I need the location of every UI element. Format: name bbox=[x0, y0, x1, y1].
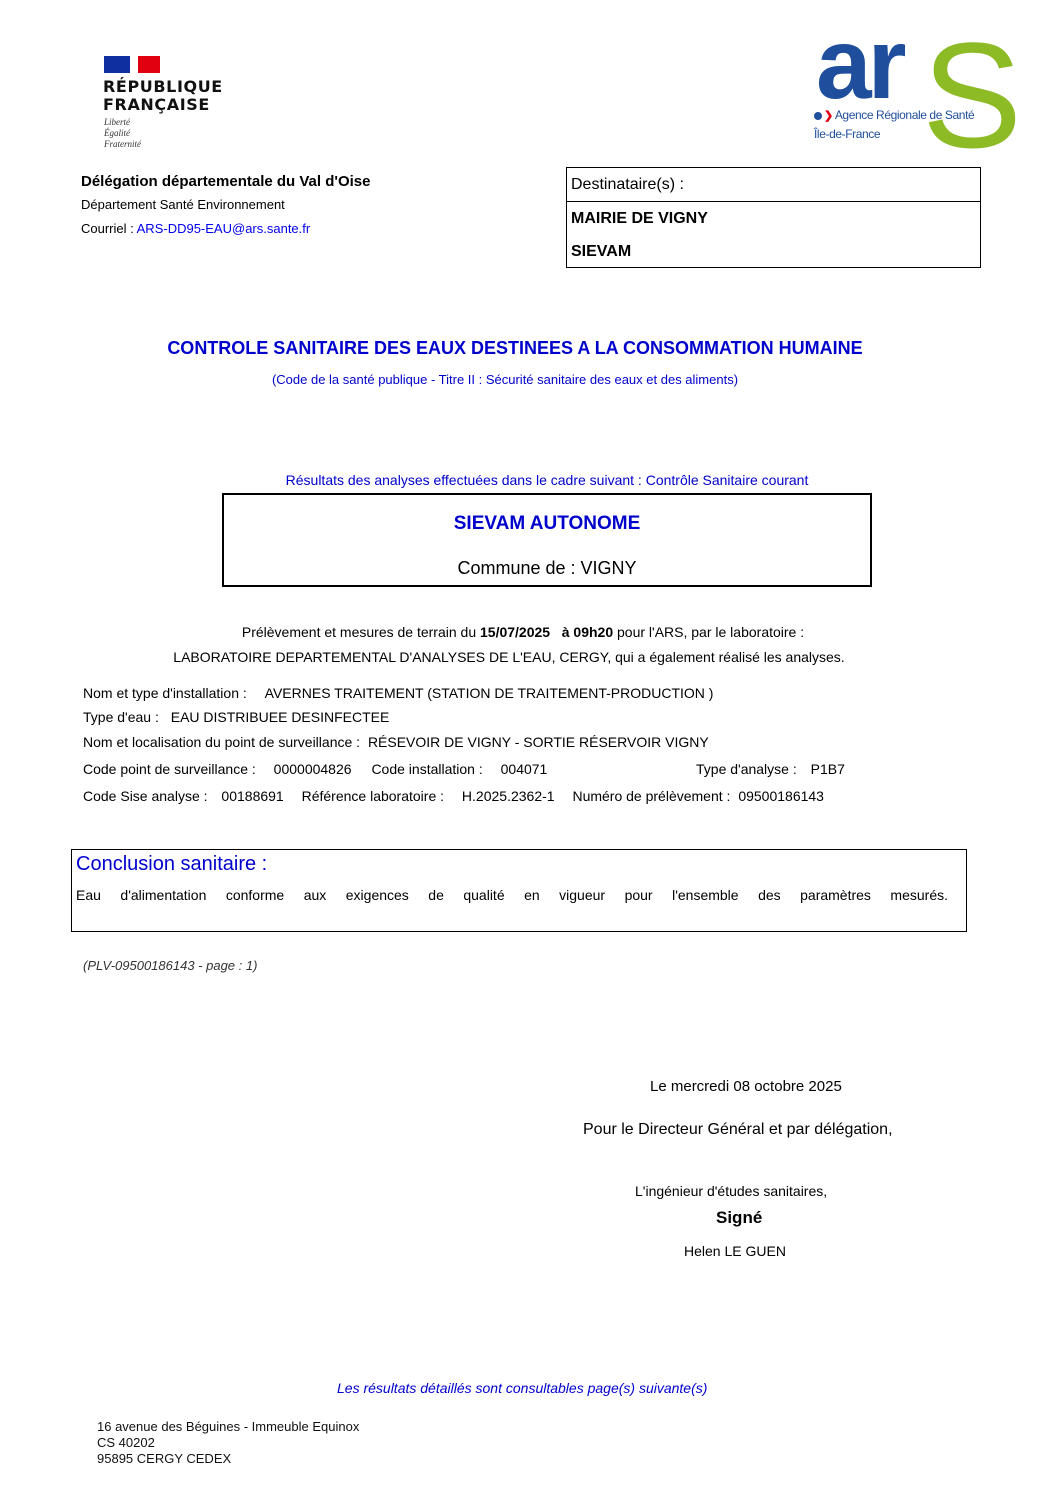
recipients-label: Destinataire(s) : bbox=[567, 168, 980, 202]
unit-box: SIEVAM AUTONOME Commune de : VIGNY bbox=[222, 493, 872, 587]
lab-reference-value: H.2025.2362-1 bbox=[462, 788, 555, 804]
document-subtitle: (Code de la santé publique - Titre II : … bbox=[0, 372, 1010, 387]
references-row: Code Sise analyse : 00188691 Référence l… bbox=[83, 788, 824, 804]
republique-francaise-logo: RÉPUBLIQUE FRANÇAISE bbox=[103, 78, 223, 114]
surveillance-point-row: Nom et localisation du point de surveill… bbox=[83, 734, 709, 750]
document-title: CONTROLE SANITAIRE DES EAUX DESTINEES A … bbox=[0, 338, 1030, 359]
sampling-time: à 09h20 bbox=[562, 624, 613, 640]
ars-logo: ar S ❯Agence Régionale de Santé Île-de-F… bbox=[812, 30, 997, 165]
blue-dot-icon bbox=[814, 112, 822, 120]
analysis-context: Résultats des analyses effectuées dans l… bbox=[0, 472, 1058, 488]
signed-mark: Signé bbox=[716, 1208, 762, 1228]
surveillance-point-value: RÉSEVOIR DE VIGNY - SORTIE RÉSERVOIR VIG… bbox=[368, 734, 709, 750]
detailed-results-note: Les résultats détaillés sont consultable… bbox=[337, 1380, 707, 1396]
laboratory-line: LABORATOIRE DEPARTEMENTAL D'ANALYSES DE … bbox=[0, 649, 1018, 665]
commune: Commune de : VIGNY bbox=[224, 558, 870, 579]
french-flag-icon bbox=[104, 56, 160, 73]
analysis-type-row: Type d'analyse : P1B7 bbox=[696, 761, 845, 777]
sampling-date: 15/07/2025 bbox=[480, 624, 550, 640]
republic-motto: Liberté Égalité Fraternité bbox=[104, 117, 141, 150]
analysis-type-value: P1B7 bbox=[811, 761, 845, 777]
code-installation-value: 004071 bbox=[501, 761, 548, 777]
signatory-role: L'ingénieur d'études sanitaires, bbox=[635, 1183, 827, 1199]
code-sise-value: 00188691 bbox=[221, 788, 283, 804]
conclusion-title: Conclusion sanitaire : bbox=[76, 853, 267, 876]
delegation-name: Délégation départementale du Val d'Oise bbox=[81, 173, 370, 190]
sample-number-value: 09500186143 bbox=[738, 788, 824, 804]
email-link[interactable]: ARS-DD95-EAU@ars.sante.fr bbox=[137, 221, 311, 236]
code-point-value: 0000004826 bbox=[274, 761, 352, 777]
red-chevron-icon: ❯ bbox=[824, 110, 833, 122]
courriel-line: Courriel : ARS-DD95-EAU@ars.sante.fr bbox=[81, 221, 310, 236]
page-reference: (PLV-09500186143 - page : 1) bbox=[83, 958, 257, 973]
installation-row: Nom et type d'installation : AVERNES TRA… bbox=[83, 685, 713, 701]
water-type-value: EAU DISTRIBUEE DESINFECTEE bbox=[171, 709, 390, 725]
signature-delegation: Pour le Directeur Général et par délégat… bbox=[583, 1121, 893, 1139]
signatory-name: Helen LE GUEN bbox=[684, 1243, 786, 1259]
recipient-item: SIEVAM bbox=[567, 235, 980, 268]
water-type-row: Type d'eau : EAU DISTRIBUEE DESINFECTEE bbox=[83, 709, 389, 725]
department-name: Département Santé Environnement bbox=[81, 197, 285, 212]
installation-value: AVERNES TRAITEMENT (STATION DE TRAITEMEN… bbox=[265, 685, 714, 701]
unit-name: SIEVAM AUTONOME bbox=[224, 513, 870, 535]
postal-address: 16 avenue des Béguines - Immeuble Equino… bbox=[97, 1419, 359, 1467]
sampling-line: Prélèvement et mesures de terrain du 15/… bbox=[0, 624, 1046, 640]
recipients-box: Destinataire(s) : MAIRIE DE VIGNY SIEVAM bbox=[566, 167, 981, 268]
conclusion-text: Eau d'alimentation conforme aux exigence… bbox=[76, 887, 948, 903]
recipient-item: MAIRIE DE VIGNY bbox=[567, 202, 980, 235]
signature-date: Le mercredi 08 octobre 2025 bbox=[650, 1078, 842, 1095]
codes-row: Code point de surveillance : 0000004826 … bbox=[83, 761, 547, 777]
conclusion-box: Conclusion sanitaire : Eau d'alimentatio… bbox=[71, 849, 967, 932]
